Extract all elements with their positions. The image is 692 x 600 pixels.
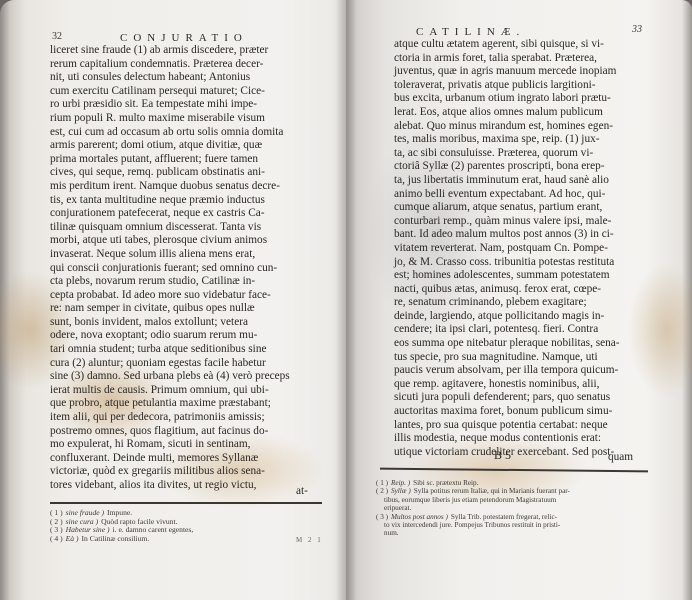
text-line: tilinæ quisquam omnium discesserat. Tant… (50, 221, 322, 235)
text-line: liceret sine fraude (1) ab armis discede… (50, 44, 322, 58)
text-line: sicuti jura populi defenderent; pars, qu… (394, 391, 660, 405)
body-text: liceret sine fraude (1) ab armis discede… (50, 44, 322, 493)
text-line: tari omnia student; turba atque sedition… (50, 343, 322, 357)
footnote: ( 2 )Syllæ )Sylla potitus rerum Italiæ, … (376, 487, 570, 495)
text-line: illis modestia, neque modus contentionis… (394, 432, 660, 446)
footnotes: ( 1 )sine fraude )Impune. ( 2 )sine cura… (50, 509, 193, 543)
footnotes: ( 1 )Reip. )Sibi sc. prætextu Reip. ( 2 … (376, 479, 570, 538)
text-line: confluxerant. Deinde multi, memores Syll… (50, 452, 322, 466)
text-line: cumque aliarum, atque senatus, partium e… (394, 201, 660, 215)
text-line: tes, malis moribus, maxima spe, reip. (1… (394, 133, 660, 147)
text-line: eos summa ope nitebatur pleraque nobilit… (394, 337, 660, 351)
text-line: postremo omnes, quos flagitium, aut faci… (50, 425, 322, 439)
text-line: vitatem reverterat. Nam, postquam Cn. Po… (394, 242, 660, 256)
text-line: sunt, bonis invident, malos extollunt; v… (50, 316, 322, 330)
text-line: nit, uti consules delectum habeant; Anto… (50, 71, 322, 85)
text-line: ta, jus libertatis imminutum erat, haud … (394, 174, 660, 188)
text-line: odere, nova exoptant; odio suarum rerum … (50, 329, 322, 343)
signature-mark: B 5 (494, 448, 511, 463)
footnote-continuation: to vix intercedendi jure. Pompejus Tribu… (376, 521, 570, 529)
text-line: ierat multis de causis. Primum omnium, q… (50, 384, 322, 398)
text-line: deinde, largiendo, atque pollicitando ma… (394, 310, 660, 324)
text-line: prima mortales putant, affluerent; fuere… (50, 153, 322, 167)
text-line: bant. Id adeo malum multos post annos (3… (394, 228, 660, 242)
text-line: armis parerent; domi otium, atque diviti… (50, 139, 322, 153)
book-spread: 32 CONJURATIO liceret sine fraude (1) ab… (0, 0, 692, 600)
footnote-continuation: num. (376, 529, 570, 537)
text-line: ctoriâ Syllæ (2) parentes proscripti, bo… (394, 160, 660, 174)
footnote-rule (50, 502, 322, 504)
footnote: ( 3 )Multos post annos )Sylla Trib. pote… (376, 513, 570, 521)
text-line: ctoria in armis foret, talia sperabat. P… (394, 52, 660, 66)
text-line: re, senatum criminando, plebem exagitare… (394, 296, 660, 310)
text-line: tis, ex tanta multitudine neque præmio i… (50, 194, 322, 208)
catchword: at- (296, 485, 308, 497)
text-line: nacti, quibus ætas, animusq. ferox erat,… (394, 283, 660, 297)
text-line: bus excita, urbanum otium ingrato labori… (394, 92, 660, 106)
text-line: morbi, atque uti tabes, plerosque civium… (50, 234, 322, 248)
text-line: mis perditum irent. Namque duobus senatu… (50, 180, 322, 194)
bleed-through-mark: M 2 1 (296, 536, 323, 544)
catchword: quam (608, 451, 633, 463)
text-line: conjurationem patefecerat, neque ex cast… (50, 207, 322, 221)
text-line: victoriæ, quòd ex gregariis militibus al… (50, 465, 322, 479)
text-line: lantes, pro sua quisque potentia certaba… (394, 419, 660, 433)
footnote-rule (380, 468, 648, 473)
footnote-continuation: tibus, eorumque liberis jus etiam petend… (376, 496, 570, 504)
text-line: auctoritas maxima foret, bonum publicum … (394, 405, 660, 419)
text-line: jo, & M. Crasso coss. tribunitia potesta… (394, 256, 660, 270)
text-line: tores videbant, alios ita divites, ut re… (50, 479, 322, 493)
text-line: conturbari remp., quàm minus valere ipsi… (394, 215, 660, 229)
text-line: que remp. agitavere, honestis nominibus,… (394, 378, 660, 392)
text-line: ta, ac sibi consuluisse. Præterea, quoru… (394, 147, 660, 161)
right-page: CATILINÆ. 33 atque cultu ætatem agerent,… (346, 0, 692, 600)
text-line: lerat. Eos, atque alios omnes malum publ… (394, 106, 660, 120)
text-line: juventus, quæ in agris manuum mercede in… (394, 65, 660, 79)
text-line: alebat. Quo minus mirandum est, homines … (394, 120, 660, 134)
footnote-continuation: eripuerat. (376, 504, 570, 512)
left-page: 32 CONJURATIO liceret sine fraude (1) ab… (0, 0, 346, 600)
text-line: cepta probabat. Id adeo more suo videbat… (50, 289, 322, 303)
text-line: item alii, qui per dedecora, patrimoniis… (50, 411, 322, 425)
text-line: rium populi R. multo maxime miserabile v… (50, 112, 322, 126)
body-text: atque cultu ætatem agerent, sibi quisque… (394, 38, 660, 459)
text-line: cta plebs, novarum rerum studio, Catilin… (50, 275, 322, 289)
text-line: invaserat. Neque solum illis aliena mens… (50, 248, 322, 262)
text-line: toleraverat, privatis atque publicis lar… (394, 79, 660, 93)
text-line: atque cultu ætatem agerent, sibi quisque… (394, 38, 660, 52)
text-line: cura (2) aluntur; quoniam egestas facile… (50, 357, 322, 371)
page-number: 32 (52, 31, 62, 42)
text-line: animo belli eventum expectabant. Ad hoc,… (394, 188, 660, 202)
text-line: re: nam semper in civitate, quibus opes … (50, 302, 322, 316)
text-line: est; homines adolescentes, summam potest… (394, 269, 660, 283)
text-line: ro urbi præsidio sit. Ea tempestate mihi… (50, 98, 322, 112)
text-line: est, cui cum ad occasum ab ortu solis om… (50, 126, 322, 140)
text-line: cendere; ita ipsi clari, potentesq. fier… (394, 323, 660, 337)
footnote: ( 1 )Reip. )Sibi sc. prætextu Reip. (376, 479, 570, 487)
text-line: sine (3) damno. Sed urbana plebs eà (4) … (50, 370, 322, 384)
text-line: tus specie, pro sua magnitudine. Namque,… (394, 351, 660, 365)
text-line: cum exercitu Catilinam persequi maturet;… (50, 85, 322, 99)
page-number: 33 (632, 24, 642, 35)
text-line: cives, qui seque, remq. publicam obstina… (50, 166, 322, 180)
footnote: ( 4 )Eà )In Catilinæ consilium. (50, 535, 193, 544)
text-line: rerum capitalium condemnatis. Præterea d… (50, 58, 322, 72)
text-line: mo expulerat, hi Romam, sicuti in sentin… (50, 438, 322, 452)
text-line: paucis verum absolvam, per illa tempora … (394, 364, 660, 378)
text-line: que probro, atque petulantia maxime præs… (50, 397, 322, 411)
text-line: qui conscii conjurationis fuerant; sed o… (50, 262, 322, 276)
